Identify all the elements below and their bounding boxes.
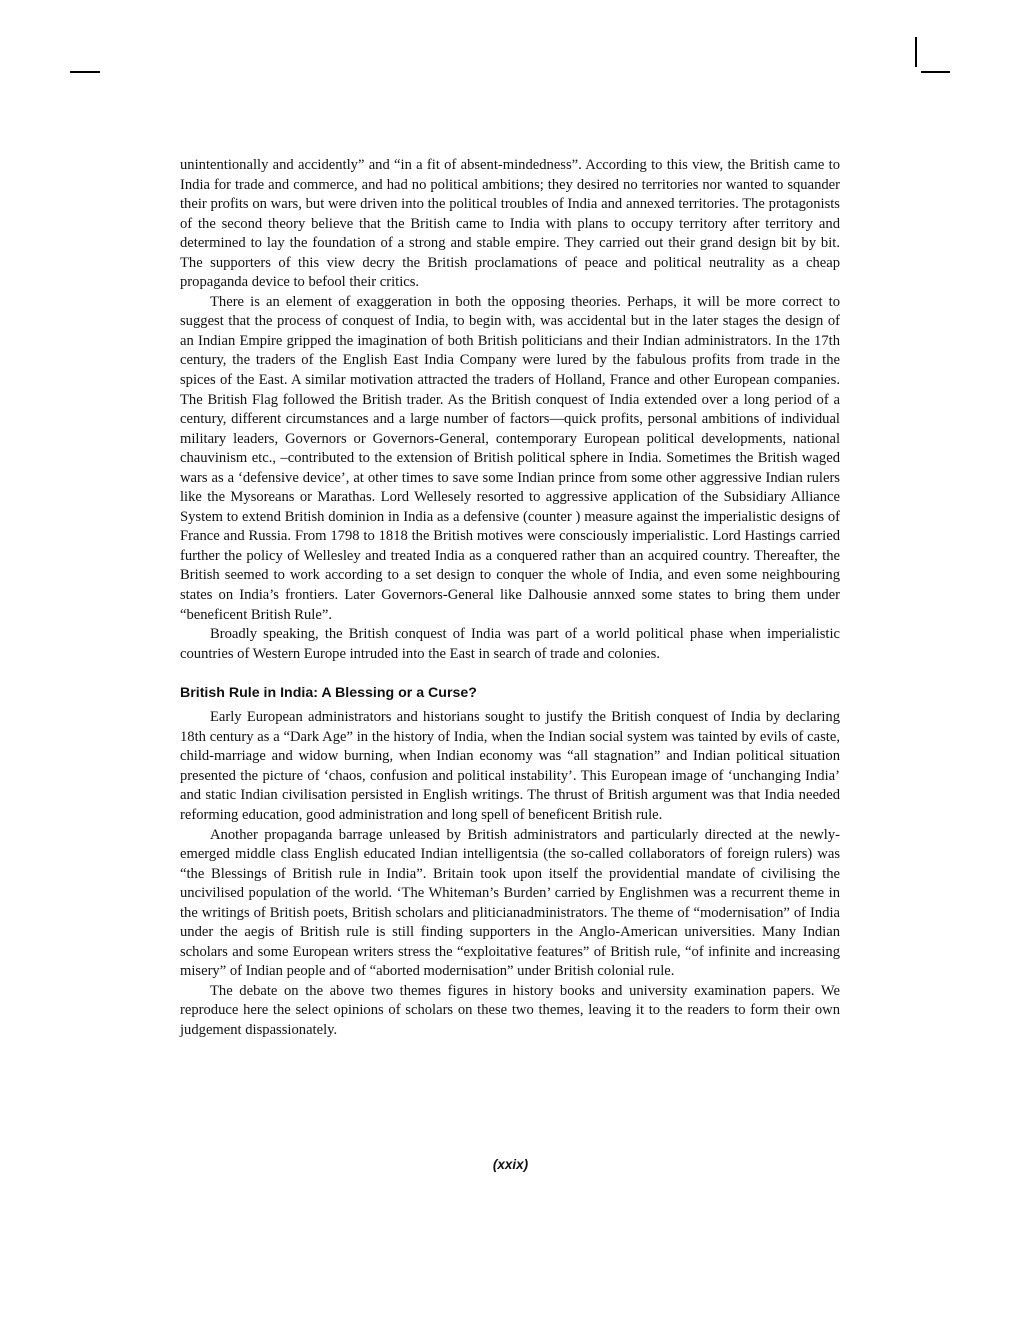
page-body: unintentionally and accidently” and “in …: [180, 156, 840, 1041]
paragraph-early-european: Early European administrators and histor…: [180, 708, 840, 825]
paragraph-exaggeration: There is an element of exaggeration in b…: [180, 293, 840, 625]
crop-mark-top-right-horizontal: [921, 71, 950, 73]
crop-mark-top-left-horizontal: [70, 71, 100, 73]
paragraph-broadly-speaking: Broadly speaking, the British conquest o…: [180, 625, 840, 664]
paragraph-debate: The debate on the above two themes figur…: [180, 982, 840, 1041]
page-number: (xxix): [0, 1157, 1021, 1172]
paragraph-propaganda-barrage: Another propaganda barrage unleased by B…: [180, 826, 840, 982]
section-heading: British Rule in India: A Blessing or a C…: [180, 684, 840, 702]
paragraph-intro-continuation: unintentionally and accidently” and “in …: [180, 156, 840, 293]
crop-mark-top-right-vertical: [915, 37, 917, 67]
